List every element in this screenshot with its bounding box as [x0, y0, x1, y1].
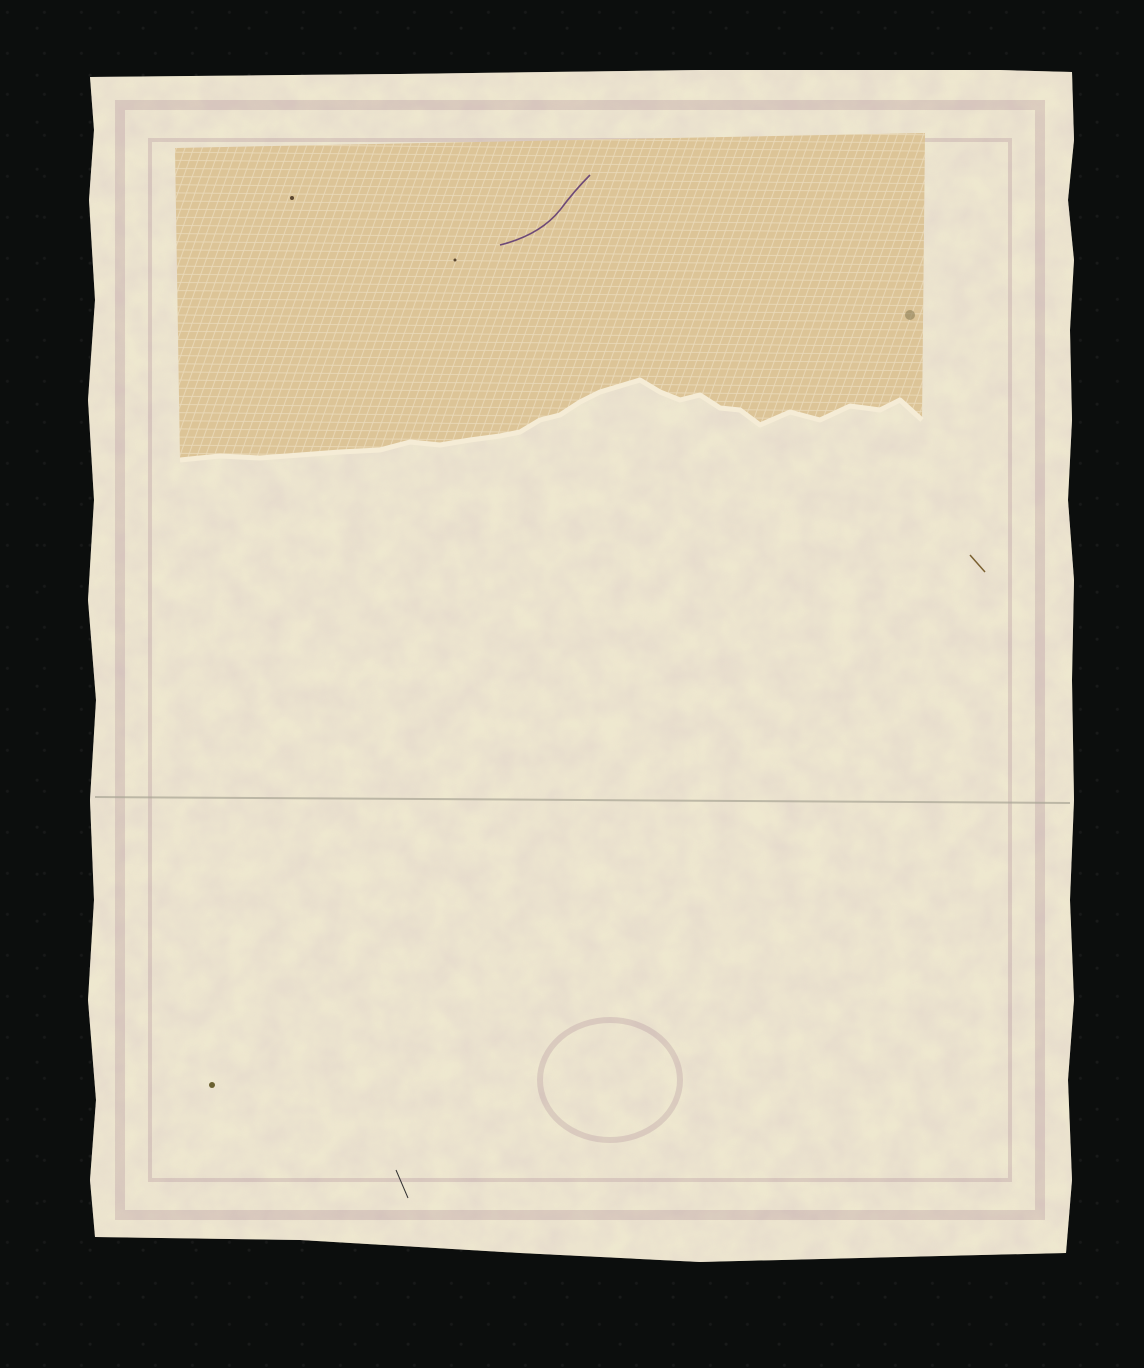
- stamp-back-image: [0, 0, 1144, 1368]
- speck: [209, 1082, 215, 1088]
- stamp-hinge: [175, 133, 925, 460]
- photo-scene: Reverse side of an imperforate postage s…: [0, 0, 1144, 1368]
